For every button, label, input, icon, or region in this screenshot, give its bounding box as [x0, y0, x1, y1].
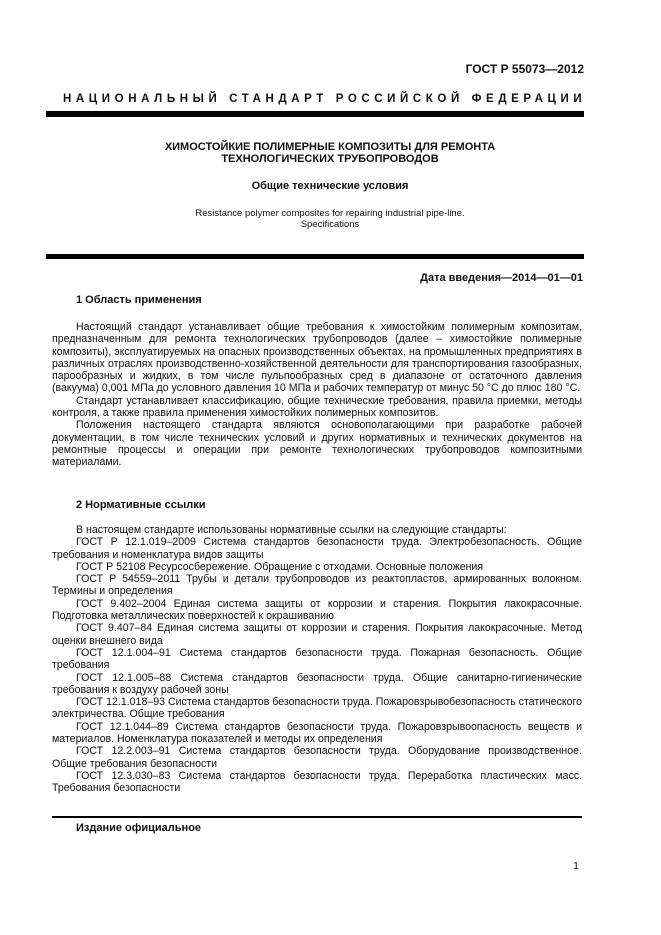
section-1-paragraph: Настоящий стандарт устанавливает общие т…	[52, 321, 582, 395]
document-title: ХИМОСТОЙКИЕ ПОЛИМЕРНЫЕ КОМПОЗИТЫ ДЛЯ РЕМ…	[80, 141, 580, 165]
reference-item: ГОСТ 12.2.003–91 Система стандартов безо…	[52, 745, 582, 770]
english-title: Resistance polymer composites for repair…	[80, 208, 580, 230]
section-1-heading: 1 Область применения	[76, 294, 202, 306]
reference-item: ГОСТ Р 54559–2011 Трубы и детали трубопр…	[52, 573, 582, 598]
section-1-paragraph: Стандарт устанавливает классификацию, об…	[52, 395, 582, 420]
document-subtitle: Общие технические условия	[80, 180, 580, 192]
title-line-2: ТЕХНОЛОГИЧЕСКИХ ТРУБОПРОВОДОВ	[80, 153, 580, 165]
section-1-paragraph: Положения настоящего стандарта являются …	[52, 419, 582, 468]
page-number: 1	[573, 860, 579, 872]
reference-item: ГОСТ 12.1.018–93 Система стандартов безо…	[52, 696, 582, 721]
reference-item: ГОСТ 9.402–2004 Единая система защиты от…	[52, 598, 582, 623]
reference-item: ГОСТ Р 12.1.019–2009 Система стандартов …	[52, 536, 582, 561]
section-2-heading: 2 Нормативные ссылки	[76, 499, 206, 511]
header-divider	[46, 111, 584, 117]
reference-item: ГОСТ 9.407–84 Единая система защиты от к…	[52, 622, 582, 647]
reference-item: ГОСТ 12.1.004–91 Система стандартов безо…	[52, 647, 582, 672]
reference-item: ГОСТ 12.1.005–88 Система стандартов безо…	[52, 672, 582, 697]
reference-item: ГОСТ Р 52108 Ресурсосбережение. Обращени…	[52, 561, 582, 573]
english-title-line-2: Specifications	[80, 219, 580, 230]
national-standard-title: НАЦИОНАЛЬНЫЙ СТАНДАРТ РОССИЙСКОЙ ФЕДЕРАЦ…	[63, 93, 573, 105]
section-2-body: В настоящем стандарте использованы норма…	[52, 524, 582, 795]
section-1-body: Настоящий стандарт устанавливает общие т…	[52, 321, 582, 469]
reference-item: ГОСТ 12.1.044–89 Система стандартов безо…	[52, 721, 582, 746]
footer-divider	[52, 816, 582, 818]
document-code: ГОСТ Р 55073—2012	[466, 62, 584, 76]
section-2-intro: В настоящем стандарте использованы норма…	[52, 524, 582, 536]
title-line-1: ХИМОСТОЙКИЕ ПОЛИМЕРНЫЕ КОМПОЗИТЫ ДЛЯ РЕМ…	[80, 141, 580, 153]
english-title-line-1: Resistance polymer composites for repair…	[80, 208, 580, 219]
introduction-date: Дата введения—2014—01—01	[420, 272, 583, 284]
official-edition-label: Издание официальное	[76, 822, 201, 834]
title-divider	[46, 254, 584, 259]
reference-item: ГОСТ 12.3.030–83 Система стандартов безо…	[52, 770, 582, 795]
